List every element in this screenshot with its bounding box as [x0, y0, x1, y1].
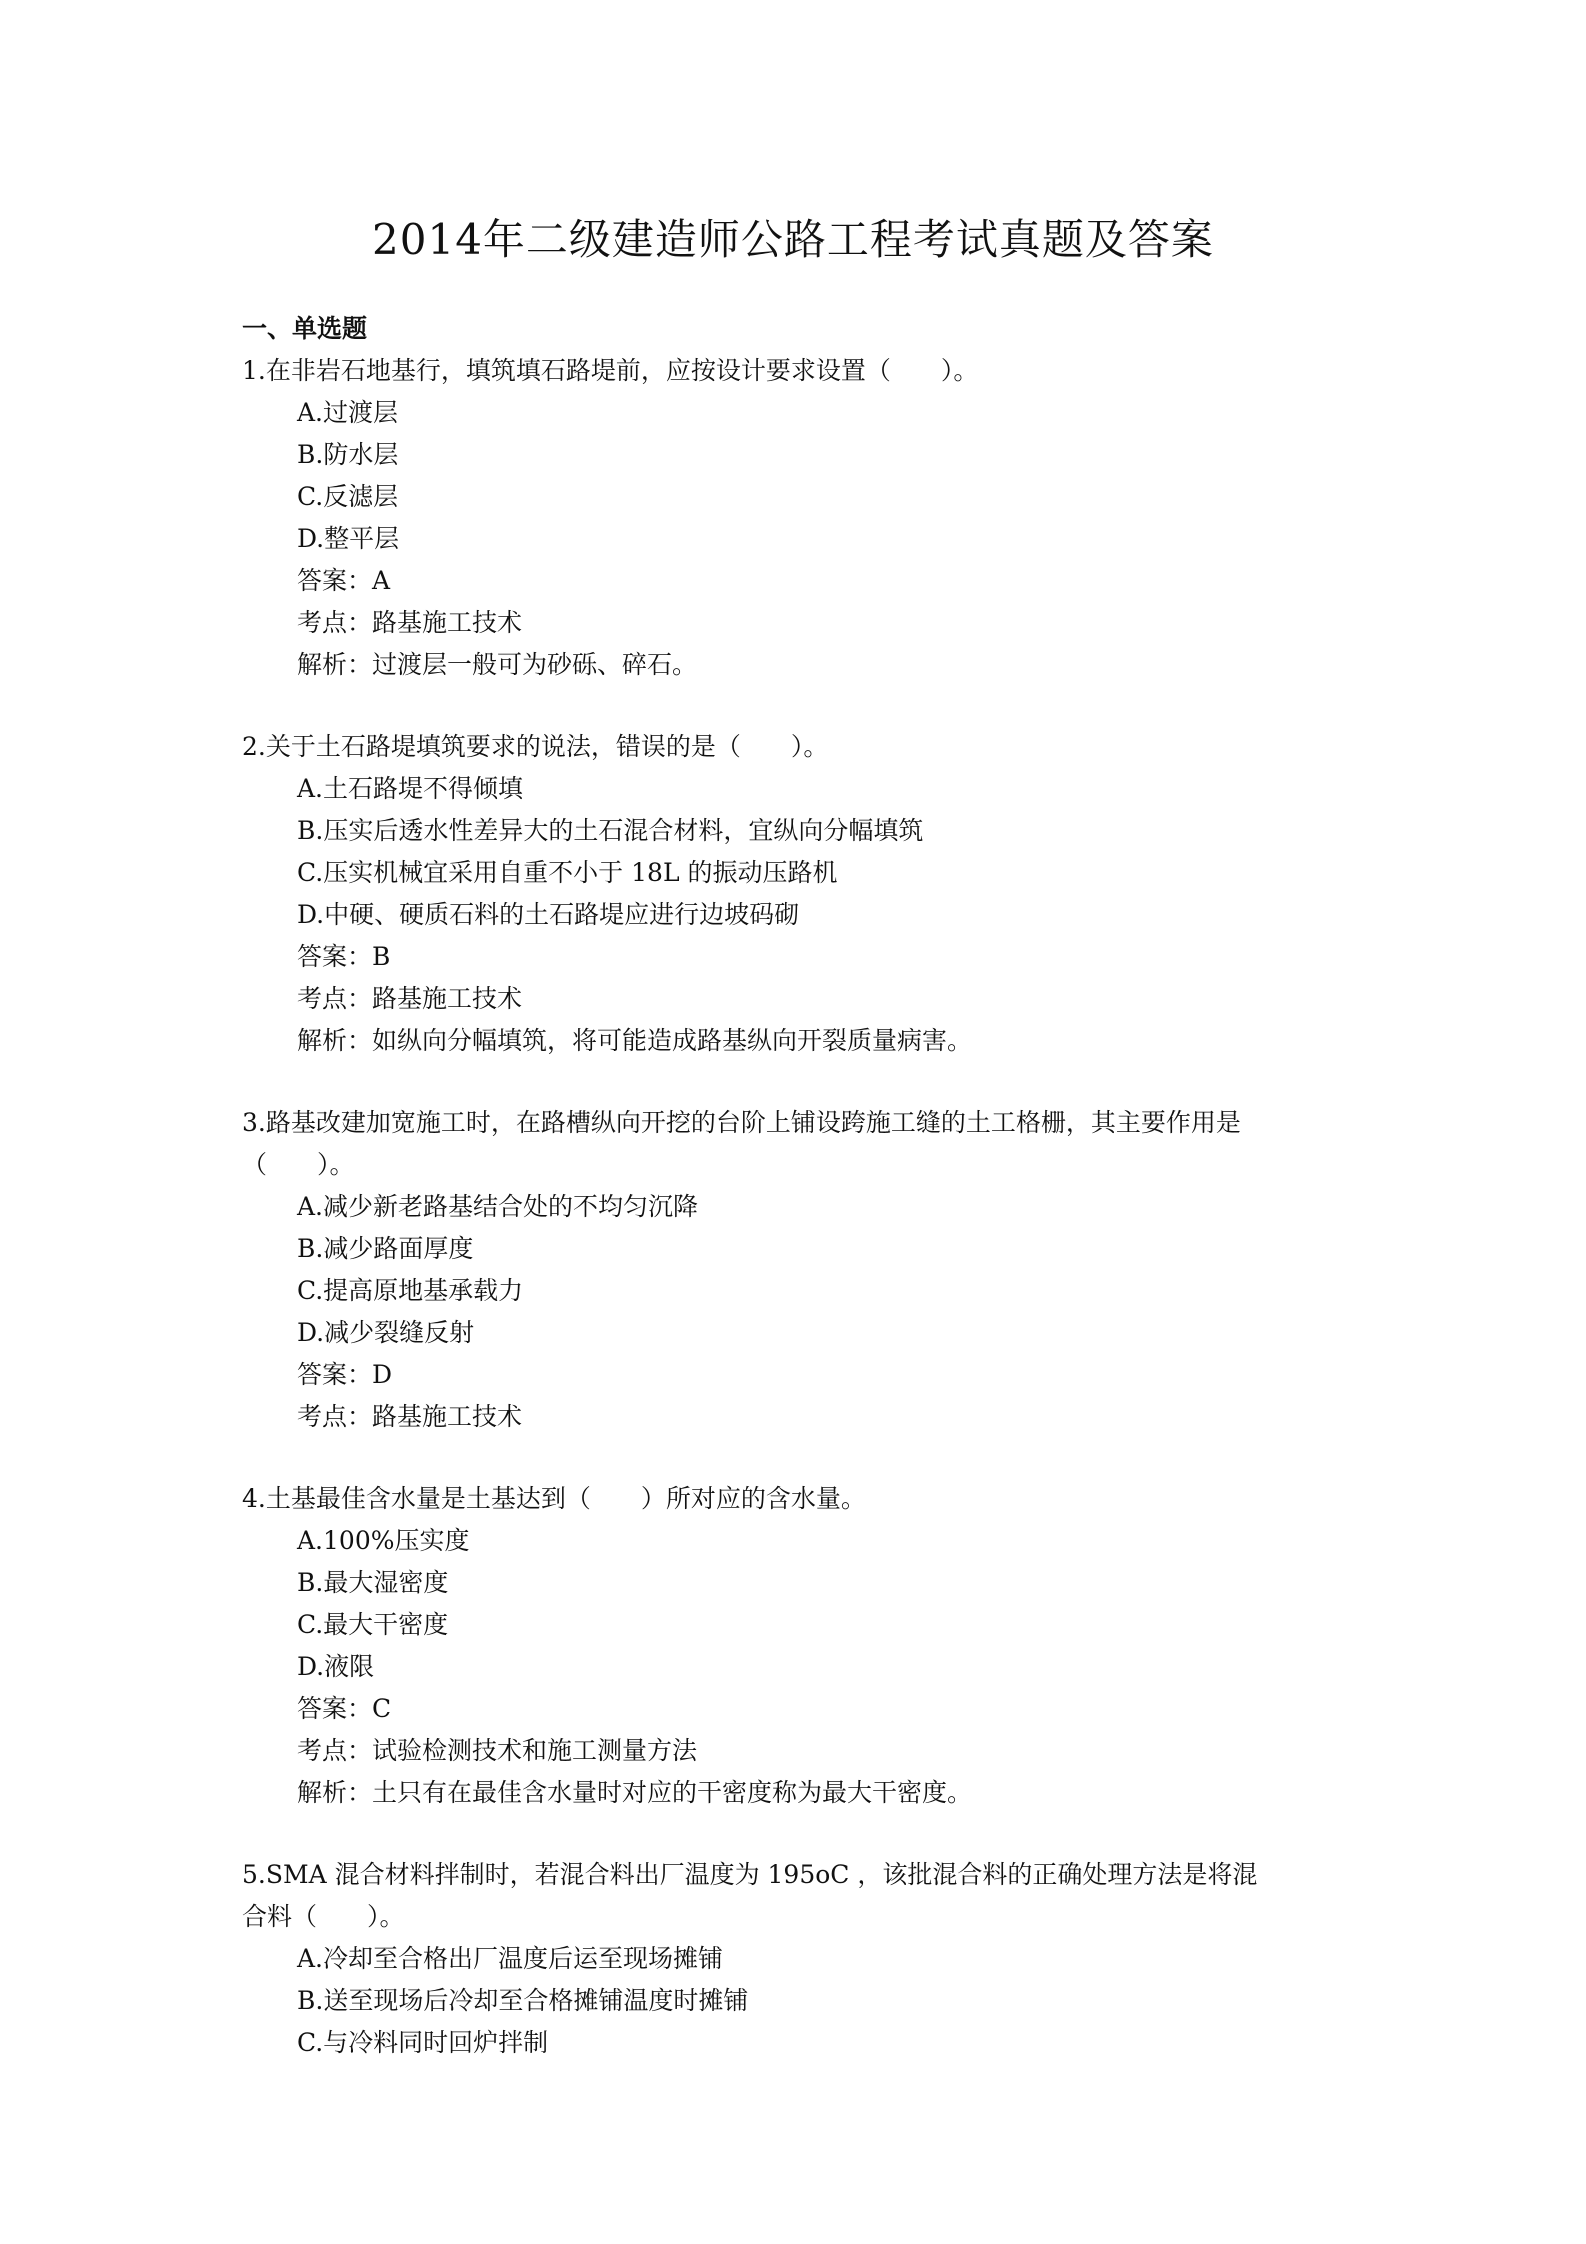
spacer [242, 686, 1362, 726]
option-c: C.提高原地基承载力 [242, 1270, 1362, 1312]
analysis: 解析：如纵向分幅填筑，将可能造成路基纵向开裂质量病害。 [242, 1020, 1362, 1062]
option-c: C.压实机械宜采用自重不小于 18L 的振动压路机 [242, 852, 1362, 894]
answer: 答案：A [242, 560, 1362, 602]
question-stem: 2.关于土石路堤填筑要求的说法，错误的是（ ）。 [242, 726, 1362, 768]
question-3: 3.路基改建加宽施工时，在路槽纵向开挖的台阶上铺设跨施工缝的土工格栅，其主要作用… [242, 1102, 1362, 1438]
analysis: 解析：土只有在最佳含水量时对应的干密度称为最大干密度。 [242, 1772, 1362, 1814]
option-b: B.减少路面厚度 [242, 1228, 1362, 1270]
question-stem-line-2: （ ）。 [242, 1144, 1362, 1186]
option-c: C.与冷料同时回炉拌制 [242, 2022, 1362, 2064]
option-a: A.土石路堤不得倾填 [242, 768, 1362, 810]
topic: 考点：路基施工技术 [242, 602, 1362, 644]
option-d: D.减少裂缝反射 [242, 1312, 1362, 1354]
analysis: 解析：过渡层一般可为砂砾、碎石。 [242, 644, 1362, 686]
question-stem: 1.在非岩石地基行，填筑填石路堤前，应按设计要求设置（ ）。 [242, 350, 1362, 392]
question-2: 2.关于土石路堤填筑要求的说法，错误的是（ ）。 A.土石路堤不得倾填 B.压实… [242, 726, 1362, 1062]
answer: 答案：D [242, 1354, 1362, 1396]
topic: 考点：路基施工技术 [242, 1396, 1362, 1438]
document-title: 2014年二级建造师公路工程考试真题及答案 [0, 212, 1586, 268]
option-d: D.中硬、硬质石料的土石路堤应进行边坡码砌 [242, 894, 1362, 936]
option-b: B.压实后透水性差异大的土石混合材料，宜纵向分幅填筑 [242, 810, 1362, 852]
option-a: A.减少新老路基结合处的不均匀沉降 [242, 1186, 1362, 1228]
topic: 考点：试验检测技术和施工测量方法 [242, 1730, 1362, 1772]
spacer [242, 1814, 1362, 1854]
option-d: D.整平层 [242, 518, 1362, 560]
topic: 考点：路基施工技术 [242, 978, 1362, 1020]
question-stem-line-2: 合料（ ）。 [242, 1896, 1362, 1938]
spacer [242, 1062, 1362, 1102]
option-a: A.冷却至合格出厂温度后运至现场摊铺 [242, 1938, 1362, 1980]
question-stem-line-1: 5.SMA 混合材料拌制时，若混合料出厂温度为 195oC ，该批混合料的正确处… [242, 1854, 1362, 1896]
option-c: C.最大干密度 [242, 1604, 1362, 1646]
question-5: 5.SMA 混合材料拌制时，若混合料出厂温度为 195oC ，该批混合料的正确处… [242, 1854, 1362, 2064]
option-b: B.防水层 [242, 434, 1362, 476]
option-b: B.最大湿密度 [242, 1562, 1362, 1604]
answer: 答案：B [242, 936, 1362, 978]
option-a: A.100%压实度 [242, 1520, 1362, 1562]
option-d: D.液限 [242, 1646, 1362, 1688]
document-page: 2014年二级建造师公路工程考试真题及答案 一、单选题 1.在非岩石地基行，填筑… [0, 0, 1586, 2244]
section-heading: 一、单选题 [242, 308, 1362, 350]
option-c: C.反滤层 [242, 476, 1362, 518]
spacer [242, 1438, 1362, 1478]
question-4: 4.土基最佳含水量是土基达到（ ）所对应的含水量。 A.100%压实度 B.最大… [242, 1478, 1362, 1814]
option-b: B.送至现场后冷却至合格摊铺温度时摊铺 [242, 1980, 1362, 2022]
answer: 答案：C [242, 1688, 1362, 1730]
question-stem-line-1: 3.路基改建加宽施工时，在路槽纵向开挖的台阶上铺设跨施工缝的土工格栅，其主要作用… [242, 1102, 1362, 1144]
question-stem: 4.土基最佳含水量是土基达到（ ）所对应的含水量。 [242, 1478, 1362, 1520]
document-body: 一、单选题 1.在非岩石地基行，填筑填石路堤前，应按设计要求设置（ ）。 A.过… [242, 308, 1362, 2064]
question-1: 1.在非岩石地基行，填筑填石路堤前，应按设计要求设置（ ）。 A.过渡层 B.防… [242, 350, 1362, 686]
option-a: A.过渡层 [242, 392, 1362, 434]
